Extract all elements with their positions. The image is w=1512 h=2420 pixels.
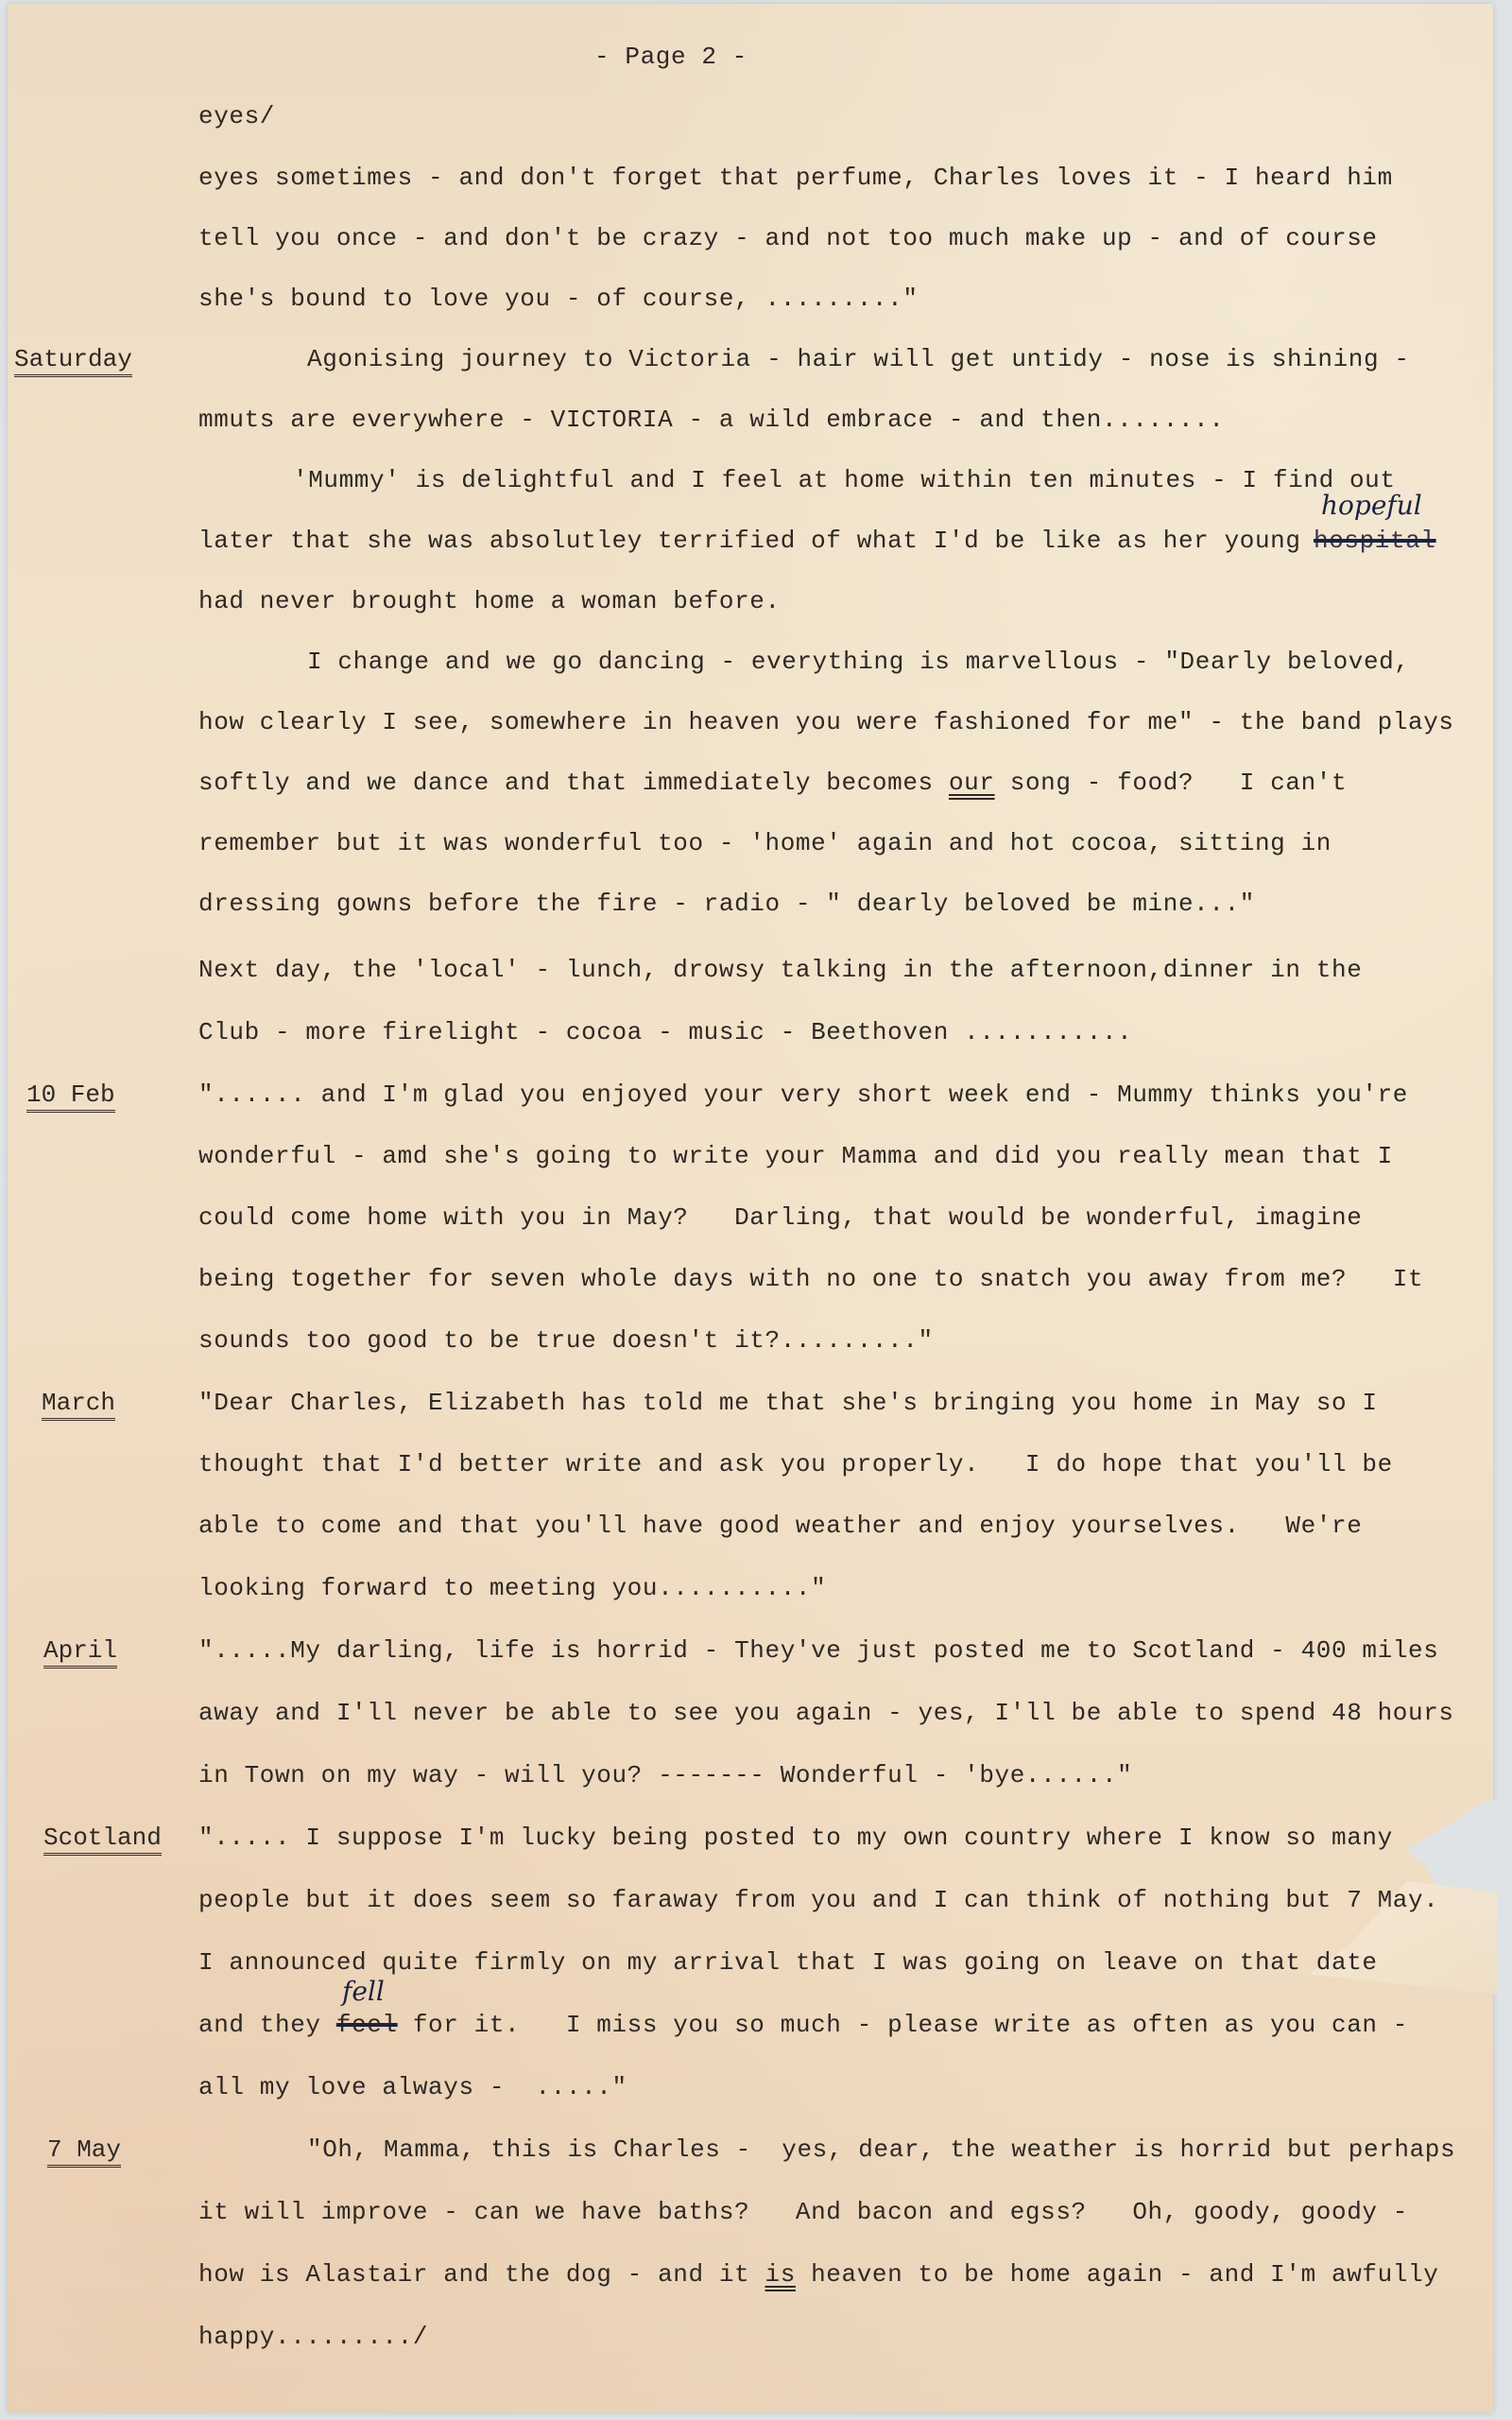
margin-label-7-may: 7 May bbox=[47, 2135, 121, 2168]
text-line: able to come and that you'll have good w… bbox=[198, 1511, 1362, 1541]
text-line: looking forward to meeting you..........… bbox=[198, 1573, 826, 1603]
text-line: dressing gowns before the fire - radio -… bbox=[198, 889, 1255, 919]
text-line: later that she was absolutley terrified … bbox=[198, 526, 1301, 556]
handwritten-correction-hopeful: hopeful bbox=[1321, 490, 1422, 521]
handwritten-correction-fell: fell bbox=[342, 1976, 385, 2007]
text-line: being together for seven whole days with… bbox=[198, 1264, 1423, 1294]
text-line: away and I'll never be able to see you a… bbox=[198, 1698, 1454, 1728]
text-line-end: for it. I miss you so much - please writ… bbox=[398, 2011, 1408, 2039]
margin-label-10-feb: 10 Feb bbox=[26, 1080, 115, 1113]
underlined-word: our bbox=[949, 769, 995, 797]
underlined-word: is bbox=[765, 2260, 796, 2289]
page-header: - Page 2 - bbox=[0, 42, 1342, 72]
margin-label-saturday: Saturday bbox=[14, 344, 132, 377]
text-line: all my love always - ....." bbox=[198, 2072, 627, 2102]
text-line: could come home with you in May? Darling… bbox=[198, 1202, 1362, 1233]
text-line-end: song - food? I can't bbox=[995, 769, 1348, 797]
text-line: eyes sometimes - and don't forget that p… bbox=[198, 163, 1393, 193]
text-line: people but it does seem so faraway from … bbox=[198, 1885, 1438, 1915]
text-line: "..... I suppose I'm lucky being posted … bbox=[198, 1823, 1393, 1853]
text-line: in Town on my way - will you? ------- Wo… bbox=[198, 1760, 1132, 1790]
text-line: I announced quite firmly on my arrival t… bbox=[198, 1947, 1378, 1978]
text-line-start: softly and we dance and that immediately… bbox=[198, 769, 934, 797]
text-line: Club - more firelight - cocoa - music - … bbox=[198, 1017, 1132, 1047]
text-line: it will improve - can we have baths? And… bbox=[198, 2197, 1408, 2227]
margin-label-march: March bbox=[42, 1388, 115, 1421]
text-line: I change and we go dancing - everything … bbox=[307, 647, 1410, 677]
text-line: and they feel for it. I miss you so much… bbox=[198, 2010, 1408, 2040]
text-line: wonderful - amd she's going to write you… bbox=[198, 1141, 1393, 1171]
struck-word: feel bbox=[336, 2011, 398, 2039]
text-line: how clearly I see, somewhere in heaven y… bbox=[198, 707, 1454, 737]
text-line: 'Mummy' is delightful and I feel at home… bbox=[293, 465, 1396, 495]
text-line: she's bound to love you - of course, ...… bbox=[198, 284, 919, 314]
text-line: Next day, the 'local' - lunch, drowsy ta… bbox=[198, 955, 1362, 985]
text-line: Agonising journey to Victoria - hair wil… bbox=[307, 344, 1410, 374]
text-line: "Dear Charles, Elizabeth has told me tha… bbox=[198, 1388, 1378, 1418]
text-line: eyes/ bbox=[198, 101, 275, 131]
text-line: had never brought home a woman before. bbox=[198, 586, 781, 616]
text-line: remember but it was wonderful too - 'hom… bbox=[198, 828, 1332, 858]
text-line-start: how is Alastair and the dog - and it bbox=[198, 2260, 749, 2289]
margin-label-april: April bbox=[43, 1635, 117, 1668]
text-line: softly and we dance and that immediately… bbox=[198, 768, 1347, 798]
text-line: happy........./ bbox=[198, 2322, 428, 2352]
text-line: mmuts are everywhere - VICTORIA - a wild… bbox=[198, 405, 1225, 435]
text-line: how is Alastair and the dog - and it is … bbox=[198, 2259, 1438, 2290]
text-line: tell you once - and don't be crazy - and… bbox=[198, 223, 1378, 253]
struck-word: hospital bbox=[1314, 526, 1436, 556]
text-line: ".....My darling, life is horrid - They'… bbox=[198, 1635, 1438, 1666]
text-line: thought that I'd better write and ask yo… bbox=[198, 1449, 1393, 1479]
text-line-start: and they bbox=[198, 2011, 321, 2039]
text-line: sounds too good to be true doesn't it?..… bbox=[198, 1325, 934, 1356]
text-line: "...... and I'm glad you enjoyed your ve… bbox=[198, 1080, 1408, 1110]
text-line-end: heaven to be home again - and I'm awfull… bbox=[796, 2260, 1439, 2289]
text-line: "Oh, Mamma, this is Charles - yes, dear,… bbox=[307, 2135, 1455, 2165]
margin-label-scotland: Scotland bbox=[43, 1823, 162, 1856]
